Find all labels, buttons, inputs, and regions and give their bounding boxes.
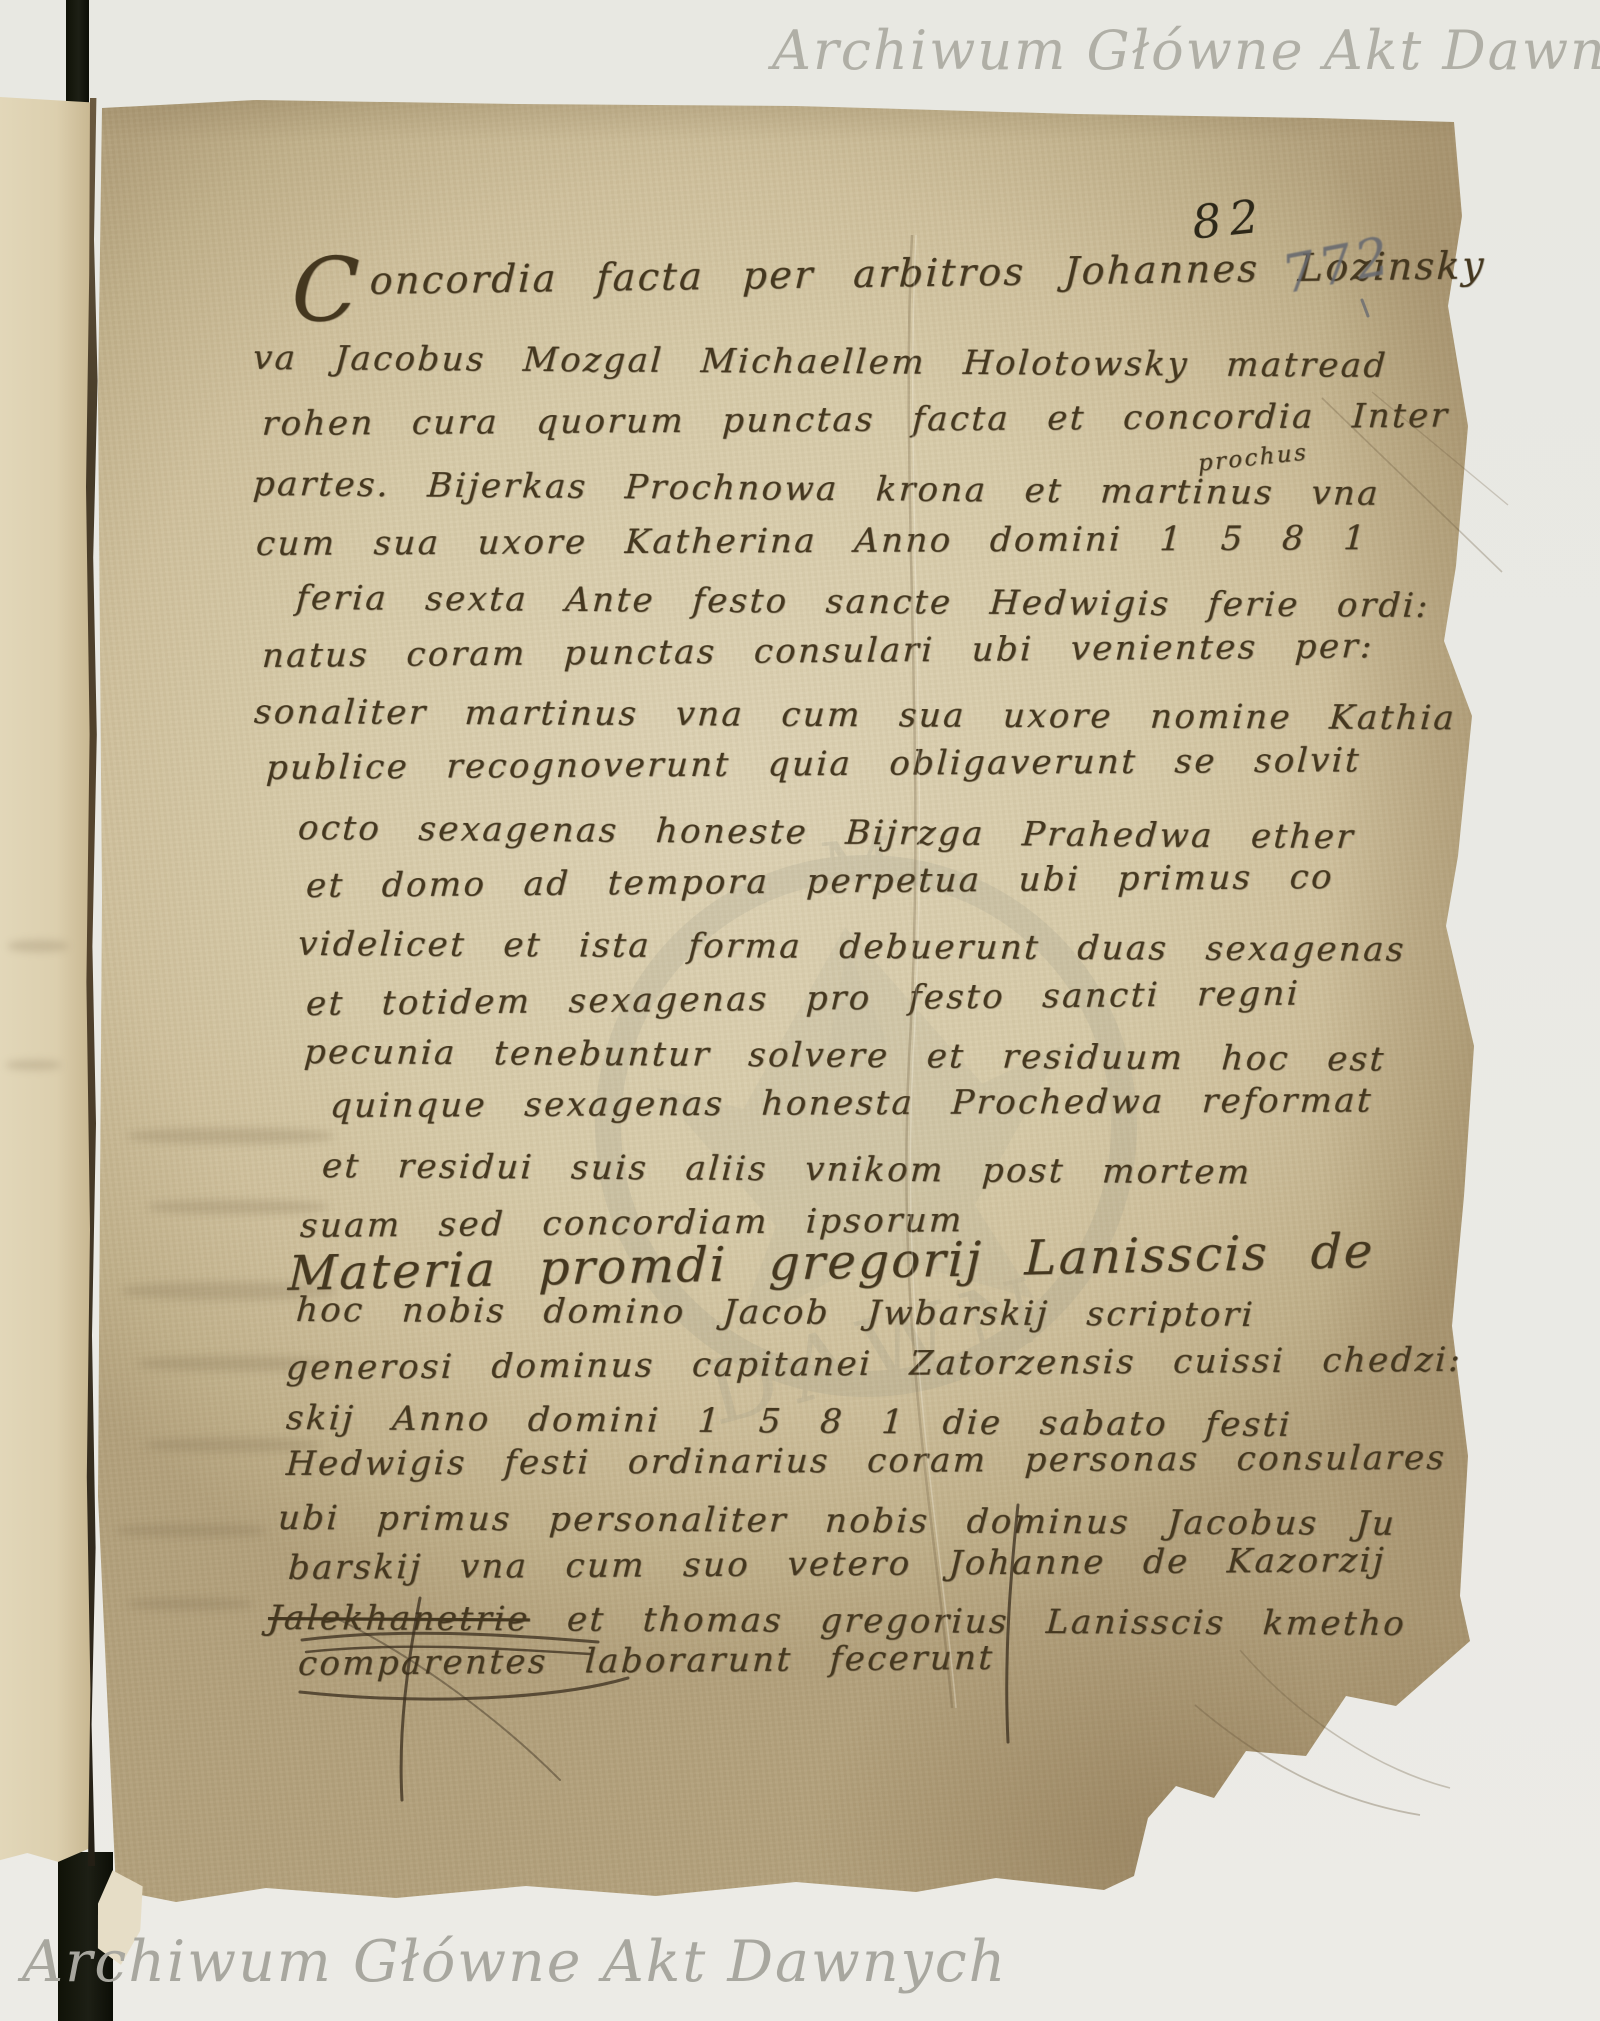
agad-emblem-watermark: M DAWN	[533, 766, 1199, 1485]
watermark-top: Archiwum Główne Akt Dawnych	[772, 24, 1600, 78]
bleedthrough-mark	[146, 1438, 321, 1452]
binding-tape-top	[66, 0, 89, 103]
bleedthrough-mark	[128, 1598, 253, 1610]
bleedthrough-mark	[6, 1060, 61, 1070]
emblem-letters-bottom: DAWN	[695, 1254, 1064, 1445]
watermark-bottom: Archiwum Główne Akt Dawnych	[22, 1934, 1007, 1991]
archive-scan: { "watermarks": { "top": "Archiwum Główn…	[0, 0, 1600, 2021]
bleedthrough-mark	[128, 1128, 333, 1144]
folio-number-ink: 82	[1190, 192, 1269, 246]
bleedthrough-mark	[148, 1200, 328, 1214]
bleedthrough-mark	[138, 1356, 333, 1371]
bleedthrough-mark	[122, 1282, 337, 1300]
manuscript-page: M DAWN	[96, 96, 1520, 1922]
facing-page-edge	[0, 97, 91, 1869]
bleedthrough-mark	[8, 940, 68, 952]
emblem-letter-top: M	[817, 821, 899, 912]
bleedthrough-mark	[116, 1524, 266, 1537]
